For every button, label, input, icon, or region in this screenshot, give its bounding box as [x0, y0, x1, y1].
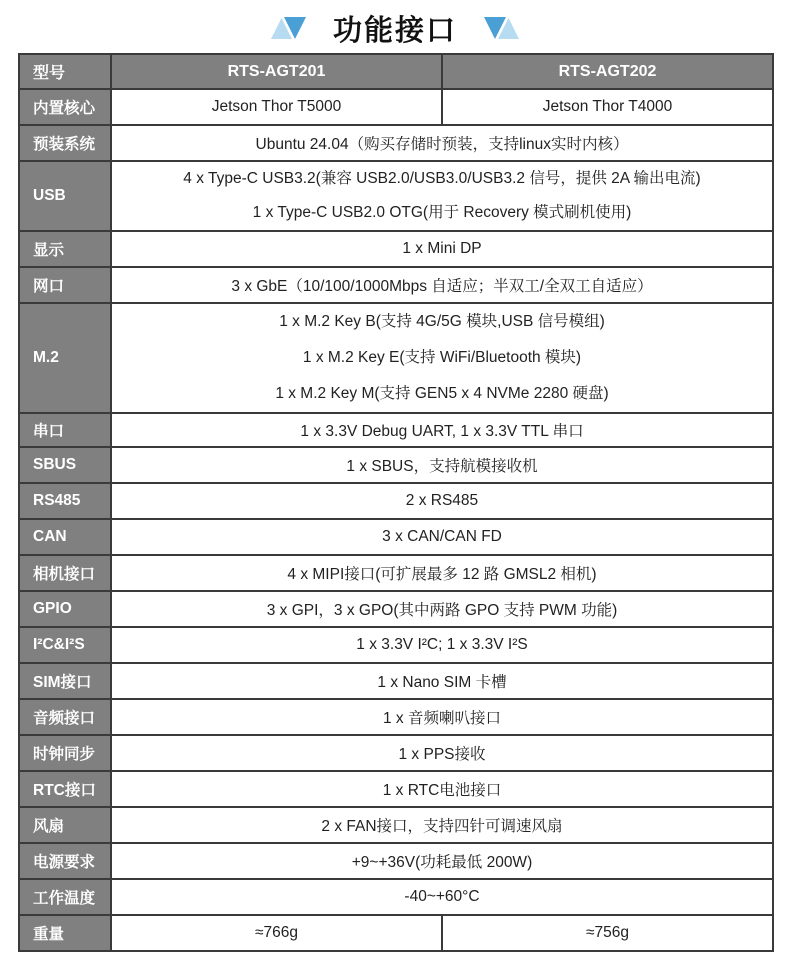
row-label: 内置核心: [19, 89, 111, 125]
triangles-right-icon: [483, 16, 519, 40]
table-row-sbus: SBUS 1 x SBUS，支持航模接收机: [19, 447, 773, 483]
row-value: ≈766g: [111, 915, 442, 951]
row-label: 风扇: [19, 807, 111, 843]
row-label: 相机接口: [19, 555, 111, 591]
row-label: GPIO: [19, 591, 111, 627]
row-label: RTC接口: [19, 771, 111, 807]
row-value: 1 x M.2 Key B(支持 4G/5G 模块,USB 信号模组) 1 x …: [111, 303, 773, 413]
row-value-line: 1 x M.2 Key E(支持 WiFi/Bluetooth 模块): [112, 340, 772, 376]
row-label: SBUS: [19, 447, 111, 483]
row-value: 4 x MIPI接口(可扩展最多 12 路 GMSL2 相机): [111, 555, 773, 591]
row-value: 2 x RS485: [111, 483, 773, 519]
page-title: 功能接口: [333, 8, 457, 49]
row-value: 1 x PPS接收: [111, 735, 773, 771]
row-value: 1 x Nano SIM 卡槽: [111, 663, 773, 699]
row-label: 时钟同步: [19, 735, 111, 771]
row-value: 3 x GPI，3 x GPO(其中两路 GPO 支持 PWM 功能): [111, 591, 773, 627]
row-value: -40~+60°C: [111, 879, 773, 915]
row-value-line: 1 x Type-C USB2.0 OTG(用于 Recovery 模式刷机使用…: [112, 196, 772, 230]
row-value: 1 x 音频喇叭接口: [111, 699, 773, 735]
table-row-ethernet: 网口 3 x GbE（10/100/1000Mbps 自适应；半双工/全双工自适…: [19, 267, 773, 303]
table-header-row: 型号 RTS-AGT201 RTS-AGT202: [19, 54, 773, 89]
triangles-left-icon: [271, 16, 307, 40]
row-label: CAN: [19, 519, 111, 555]
row-value-line: 4 x Type-C USB3.2(兼容 USB2.0/USB3.0/USB3.…: [112, 162, 772, 196]
table-row-sim: SIM接口 1 x Nano SIM 卡槽: [19, 663, 773, 699]
table-row-fan: 风扇 2 x FAN接口，支持四针可调速风扇: [19, 807, 773, 843]
row-value: 1 x RTC电池接口: [111, 771, 773, 807]
table-row-core: 内置核心 Jetson Thor T5000 Jetson Thor T4000: [19, 89, 773, 125]
header-model-1: RTS-AGT201: [111, 54, 442, 89]
row-label: M.2: [19, 303, 111, 413]
row-value: 3 x CAN/CAN FD: [111, 519, 773, 555]
row-label: 音频接口: [19, 699, 111, 735]
row-label: 重量: [19, 915, 111, 951]
row-label: RS485: [19, 483, 111, 519]
header-model-2: RTS-AGT202: [442, 54, 773, 89]
table-row-usb: USB 4 x Type-C USB3.2(兼容 USB2.0/USB3.0/U…: [19, 161, 773, 231]
row-value-line: 1 x M.2 Key B(支持 4G/5G 模块,USB 信号模组): [112, 304, 772, 340]
row-label: 电源要求: [19, 843, 111, 879]
row-label: I²C&I²S: [19, 627, 111, 663]
row-value: 1 x SBUS，支持航模接收机: [111, 447, 773, 483]
table-row-can: CAN 3 x CAN/CAN FD: [19, 519, 773, 555]
table-row-clock-sync: 时钟同步 1 x PPS接收: [19, 735, 773, 771]
table-row-power: 电源要求 +9~+36V(功耗最低 200W): [19, 843, 773, 879]
row-value: 3 x GbE（10/100/1000Mbps 自适应；半双工/全双工自适应）: [111, 267, 773, 303]
table-row-temperature: 工作温度 -40~+60°C: [19, 879, 773, 915]
table-row-os: 预装系统 Ubuntu 24.04（购买存储时预装，支持linux实时内核）: [19, 125, 773, 161]
title-bar: 功能接口: [0, 6, 790, 50]
row-value: Jetson Thor T5000: [111, 89, 442, 125]
table-row-camera: 相机接口 4 x MIPI接口(可扩展最多 12 路 GMSL2 相机): [19, 555, 773, 591]
row-value-line: 1 x M.2 Key M(支持 GEN5 x 4 NVMe 2280 硬盘): [112, 376, 772, 412]
table-row-rs485: RS485 2 x RS485: [19, 483, 773, 519]
row-label: 预装系统: [19, 125, 111, 161]
table-row-serial: 串口 1 x 3.3V Debug UART, 1 x 3.3V TTL 串口: [19, 413, 773, 447]
table-row-m2: M.2 1 x M.2 Key B(支持 4G/5G 模块,USB 信号模组) …: [19, 303, 773, 413]
table-row-gpio: GPIO 3 x GPI，3 x GPO(其中两路 GPO 支持 PWM 功能): [19, 591, 773, 627]
row-value: +9~+36V(功耗最低 200W): [111, 843, 773, 879]
row-value: ≈756g: [442, 915, 773, 951]
row-value: Ubuntu 24.04（购买存储时预装，支持linux实时内核）: [111, 125, 773, 161]
row-label: 工作温度: [19, 879, 111, 915]
spec-table: 型号 RTS-AGT201 RTS-AGT202 内置核心 Jetson Tho…: [18, 53, 774, 952]
row-value: Jetson Thor T4000: [442, 89, 773, 125]
row-label: 网口: [19, 267, 111, 303]
table-row-rtc: RTC接口 1 x RTC电池接口: [19, 771, 773, 807]
row-value: 1 x Mini DP: [111, 231, 773, 267]
row-value: 1 x 3.3V Debug UART, 1 x 3.3V TTL 串口: [111, 413, 773, 447]
row-label: SIM接口: [19, 663, 111, 699]
table-row-audio: 音频接口 1 x 音频喇叭接口: [19, 699, 773, 735]
table-row-display: 显示 1 x Mini DP: [19, 231, 773, 267]
row-value: 4 x Type-C USB3.2(兼容 USB2.0/USB3.0/USB3.…: [111, 161, 773, 231]
row-label: 显示: [19, 231, 111, 267]
table-row-weight: 重量 ≈766g ≈756g: [19, 915, 773, 951]
row-label: USB: [19, 161, 111, 231]
row-value: 2 x FAN接口，支持四针可调速风扇: [111, 807, 773, 843]
header-label: 型号: [19, 54, 111, 89]
row-label: 串口: [19, 413, 111, 447]
row-value: 1 x 3.3V I²C; 1 x 3.3V I²S: [111, 627, 773, 663]
table-row-i2c-i2s: I²C&I²S 1 x 3.3V I²C; 1 x 3.3V I²S: [19, 627, 773, 663]
